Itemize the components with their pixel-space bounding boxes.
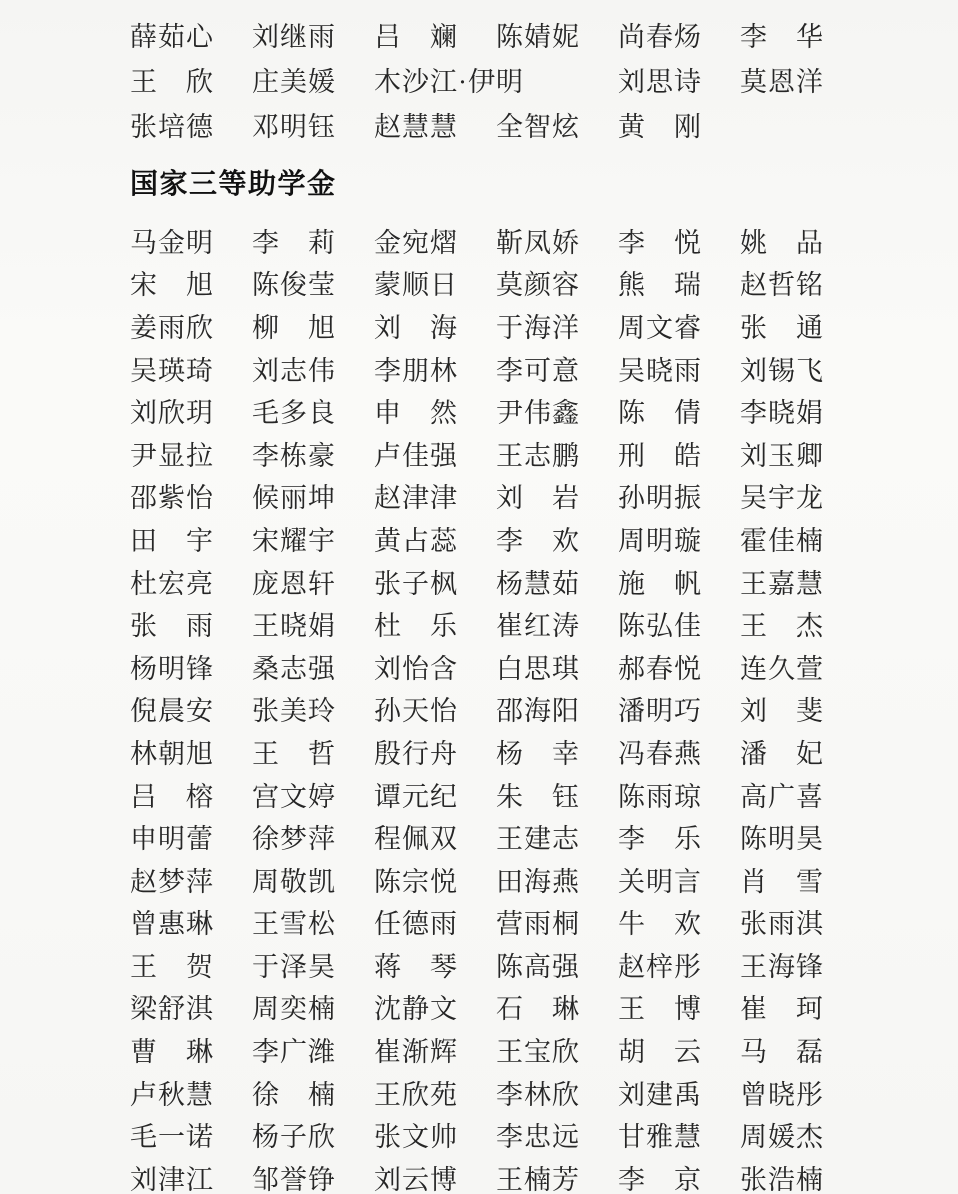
student-name: 杜 乐 — [374, 602, 462, 645]
student-name: 崔 珂 — [740, 986, 828, 1029]
student-name: 毛一诺 — [130, 1113, 218, 1156]
student-name: 陈明昊 — [740, 815, 828, 858]
student-name: 杨 幸 — [496, 730, 584, 773]
student-name: 邵紫怡 — [130, 475, 218, 518]
student-name: 石 琳 — [496, 986, 584, 1029]
student-name: 杨明锋 — [130, 645, 218, 688]
student-name: 孙明振 — [618, 475, 706, 518]
student-name: 马金明 — [130, 219, 218, 262]
student-name: 王海锋 — [740, 943, 828, 986]
student-name: 刘 岩 — [496, 475, 584, 518]
student-name: 王建志 — [496, 815, 584, 858]
student-name: 田 宇 — [130, 517, 218, 560]
student-name: 桑志强 — [252, 645, 340, 688]
student-name: 刘锡飞 — [740, 347, 828, 390]
student-name: 黄 刚 — [618, 102, 706, 147]
student-name: 周文睿 — [618, 304, 706, 347]
student-name: 崔渐辉 — [374, 1028, 462, 1071]
student-name: 周奕楠 — [252, 986, 340, 1029]
student-name: 尹显拉 — [130, 432, 218, 475]
student-name: 尹伟鑫 — [496, 389, 584, 432]
student-name: 刘怡含 — [374, 645, 462, 688]
student-name: 申明蕾 — [130, 815, 218, 858]
student-name: 田海燕 — [496, 858, 584, 901]
student-name: 冯春燕 — [618, 730, 706, 773]
student-name: 王宝欣 — [496, 1028, 584, 1071]
student-name: 梁舒淇 — [130, 986, 218, 1029]
student-name: 杨子欣 — [252, 1113, 340, 1156]
student-name: 陈 倩 — [618, 389, 706, 432]
student-name: 杜宏亮 — [130, 560, 218, 603]
student-name: 吴瑛琦 — [130, 347, 218, 390]
section-heading: 国家三等助学金 — [130, 169, 958, 201]
student-name: 刘继雨 — [252, 12, 340, 57]
student-name: 毛多良 — [252, 389, 340, 432]
student-name: 程佩双 — [374, 815, 462, 858]
student-name: 吕 榕 — [130, 773, 218, 816]
student-name: 曾晓彤 — [740, 1071, 828, 1114]
student-name: 李 京 — [618, 1156, 706, 1194]
student-name: 庄美媛 — [252, 57, 340, 102]
student-name: 邹誉铮 — [252, 1156, 340, 1194]
student-name: 刘 海 — [374, 304, 462, 347]
student-name: 关明言 — [618, 858, 706, 901]
student-name: 潘 妃 — [740, 730, 828, 773]
student-name: 施 帆 — [618, 560, 706, 603]
student-name: 刘玉卿 — [740, 432, 828, 475]
student-name: 张雨淇 — [740, 901, 828, 944]
student-name: 宋 旭 — [130, 262, 218, 305]
student-name: 全智炫 — [496, 102, 584, 147]
student-name: 孙天怡 — [374, 688, 462, 731]
student-name: 李 华 — [740, 12, 828, 57]
student-name: 陈宗悦 — [374, 858, 462, 901]
student-name: 刘 斐 — [740, 688, 828, 731]
student-name: 李栋豪 — [252, 432, 340, 475]
student-name: 李可意 — [496, 347, 584, 390]
student-name: 任德雨 — [374, 901, 462, 944]
student-name: 王雪松 — [252, 901, 340, 944]
student-name: 徐梦萍 — [252, 815, 340, 858]
student-name: 候丽坤 — [252, 475, 340, 518]
student-name: 宫文婷 — [252, 773, 340, 816]
student-name: 张美玲 — [252, 688, 340, 731]
student-name: 刘思诗 — [618, 57, 706, 102]
student-name: 刑 皓 — [618, 432, 706, 475]
student-name: 张子枫 — [374, 560, 462, 603]
student-name: 宋耀宇 — [252, 517, 340, 560]
student-name: 王 博 — [618, 986, 706, 1029]
student-name: 曹 琳 — [130, 1028, 218, 1071]
student-name: 殷行舟 — [374, 730, 462, 773]
student-name: 王晓娟 — [252, 602, 340, 645]
student-name: 刘志伟 — [252, 347, 340, 390]
student-name: 刘欣玥 — [130, 389, 218, 432]
student-name: 陈高强 — [496, 943, 584, 986]
student-name: 刘津江 — [130, 1156, 218, 1194]
student-name: 李广潍 — [252, 1028, 340, 1071]
student-name: 潘明巧 — [618, 688, 706, 731]
student-name: 莫颜容 — [496, 262, 584, 305]
student-name: 王嘉慧 — [740, 560, 828, 603]
student-name: 蒙顺日 — [374, 262, 462, 305]
student-name: 胡 云 — [618, 1028, 706, 1071]
student-name: 王欣苑 — [374, 1071, 462, 1114]
student-name: 崔红涛 — [496, 602, 584, 645]
student-name: 赵梓彤 — [618, 943, 706, 986]
student-name: 倪晨安 — [130, 688, 218, 731]
student-name: 周敬凯 — [252, 858, 340, 901]
student-name: 金宛熠 — [374, 219, 462, 262]
student-name: 卢秋慧 — [130, 1071, 218, 1114]
student-name: 林朝旭 — [130, 730, 218, 773]
student-name: 李 乐 — [618, 815, 706, 858]
student-name: 白思琪 — [496, 645, 584, 688]
student-name: 沈静文 — [374, 986, 462, 1029]
student-name: 黄占蕊 — [374, 517, 462, 560]
student-name: 王 哲 — [252, 730, 340, 773]
student-name: 张 雨 — [130, 602, 218, 645]
student-name: 李晓娟 — [740, 389, 828, 432]
student-name: 李忠远 — [496, 1113, 584, 1156]
student-name: 申 然 — [374, 389, 462, 432]
student-name: 莫恩洋 — [740, 57, 828, 102]
student-name: 薛茹心 — [130, 12, 218, 57]
student-name: 刘云博 — [374, 1156, 462, 1194]
student-name: 赵津津 — [374, 475, 462, 518]
student-name: 徐 楠 — [252, 1071, 340, 1114]
student-name: 姚 品 — [740, 219, 828, 262]
student-name: 木沙江·伊明 — [374, 57, 584, 102]
student-name: 张文帅 — [374, 1113, 462, 1156]
student-name: 李朋林 — [374, 347, 462, 390]
student-name: 周明璇 — [618, 517, 706, 560]
student-name: 王 杰 — [740, 602, 828, 645]
student-name: 庞恩轩 — [252, 560, 340, 603]
student-name: 霍佳楠 — [740, 517, 828, 560]
student-name: 靳凤娇 — [496, 219, 584, 262]
document-page: 薛茹心刘继雨吕 斓陈婧妮尚春炀李 华王 欣庄美媛木沙江·伊明刘思诗莫恩洋张培德邓… — [0, 0, 958, 1194]
student-name: 蒋 琴 — [374, 943, 462, 986]
student-name: 朱 钰 — [496, 773, 584, 816]
student-name: 肖 雪 — [740, 858, 828, 901]
student-name: 高广喜 — [740, 773, 828, 816]
student-name: 赵梦萍 — [130, 858, 218, 901]
main-name-list: 马金明李 莉金宛熠靳凤娇李 悦姚 品宋 旭陈俊莹蒙顺日莫颜容熊 瑞赵哲铭姜雨欣柳… — [130, 219, 958, 1194]
student-name: 李 悦 — [618, 219, 706, 262]
student-name: 吕 斓 — [374, 12, 462, 57]
student-name: 王 贺 — [130, 943, 218, 986]
student-name: 于海洋 — [496, 304, 584, 347]
student-name: 吴宇龙 — [740, 475, 828, 518]
student-name: 尚春炀 — [618, 12, 706, 57]
top-name-list: 薛茹心刘继雨吕 斓陈婧妮尚春炀李 华王 欣庄美媛木沙江·伊明刘思诗莫恩洋张培德邓… — [130, 12, 958, 147]
student-name: 陈弘佳 — [618, 602, 706, 645]
student-name: 张培德 — [130, 102, 218, 147]
student-name: 张浩楠 — [740, 1156, 828, 1194]
student-name: 熊 瑞 — [618, 262, 706, 305]
student-name: 李林欣 — [496, 1071, 584, 1114]
student-name: 邵海阳 — [496, 688, 584, 731]
student-name: 甘雅慧 — [618, 1113, 706, 1156]
student-name: 柳 旭 — [252, 304, 340, 347]
student-name: 陈俊莹 — [252, 262, 340, 305]
student-name: 马 磊 — [740, 1028, 828, 1071]
student-name: 营雨桐 — [496, 901, 584, 944]
student-name: 赵慧慧 — [374, 102, 462, 147]
student-name: 于泽昊 — [252, 943, 340, 986]
student-name: 姜雨欣 — [130, 304, 218, 347]
student-name: 陈雨琼 — [618, 773, 706, 816]
student-name: 刘建禹 — [618, 1071, 706, 1114]
student-name: 王志鹏 — [496, 432, 584, 475]
student-name: 李 莉 — [252, 219, 340, 262]
student-name: 周媛杰 — [740, 1113, 828, 1156]
student-name: 王 欣 — [130, 57, 218, 102]
student-name: 郝春悦 — [618, 645, 706, 688]
student-name: 牛 欢 — [618, 901, 706, 944]
student-name: 曾惠琳 — [130, 901, 218, 944]
student-name: 杨慧茹 — [496, 560, 584, 603]
student-name: 陈婧妮 — [496, 12, 584, 57]
student-name: 谭元纪 — [374, 773, 462, 816]
student-name: 王楠芳 — [496, 1156, 584, 1194]
student-name: 邓明钰 — [252, 102, 340, 147]
student-name: 卢佳强 — [374, 432, 462, 475]
student-name: 赵哲铭 — [740, 262, 828, 305]
student-name: 吴晓雨 — [618, 347, 706, 390]
student-name: 张 通 — [740, 304, 828, 347]
student-name: 李 欢 — [496, 517, 584, 560]
student-name: 连久萱 — [740, 645, 828, 688]
